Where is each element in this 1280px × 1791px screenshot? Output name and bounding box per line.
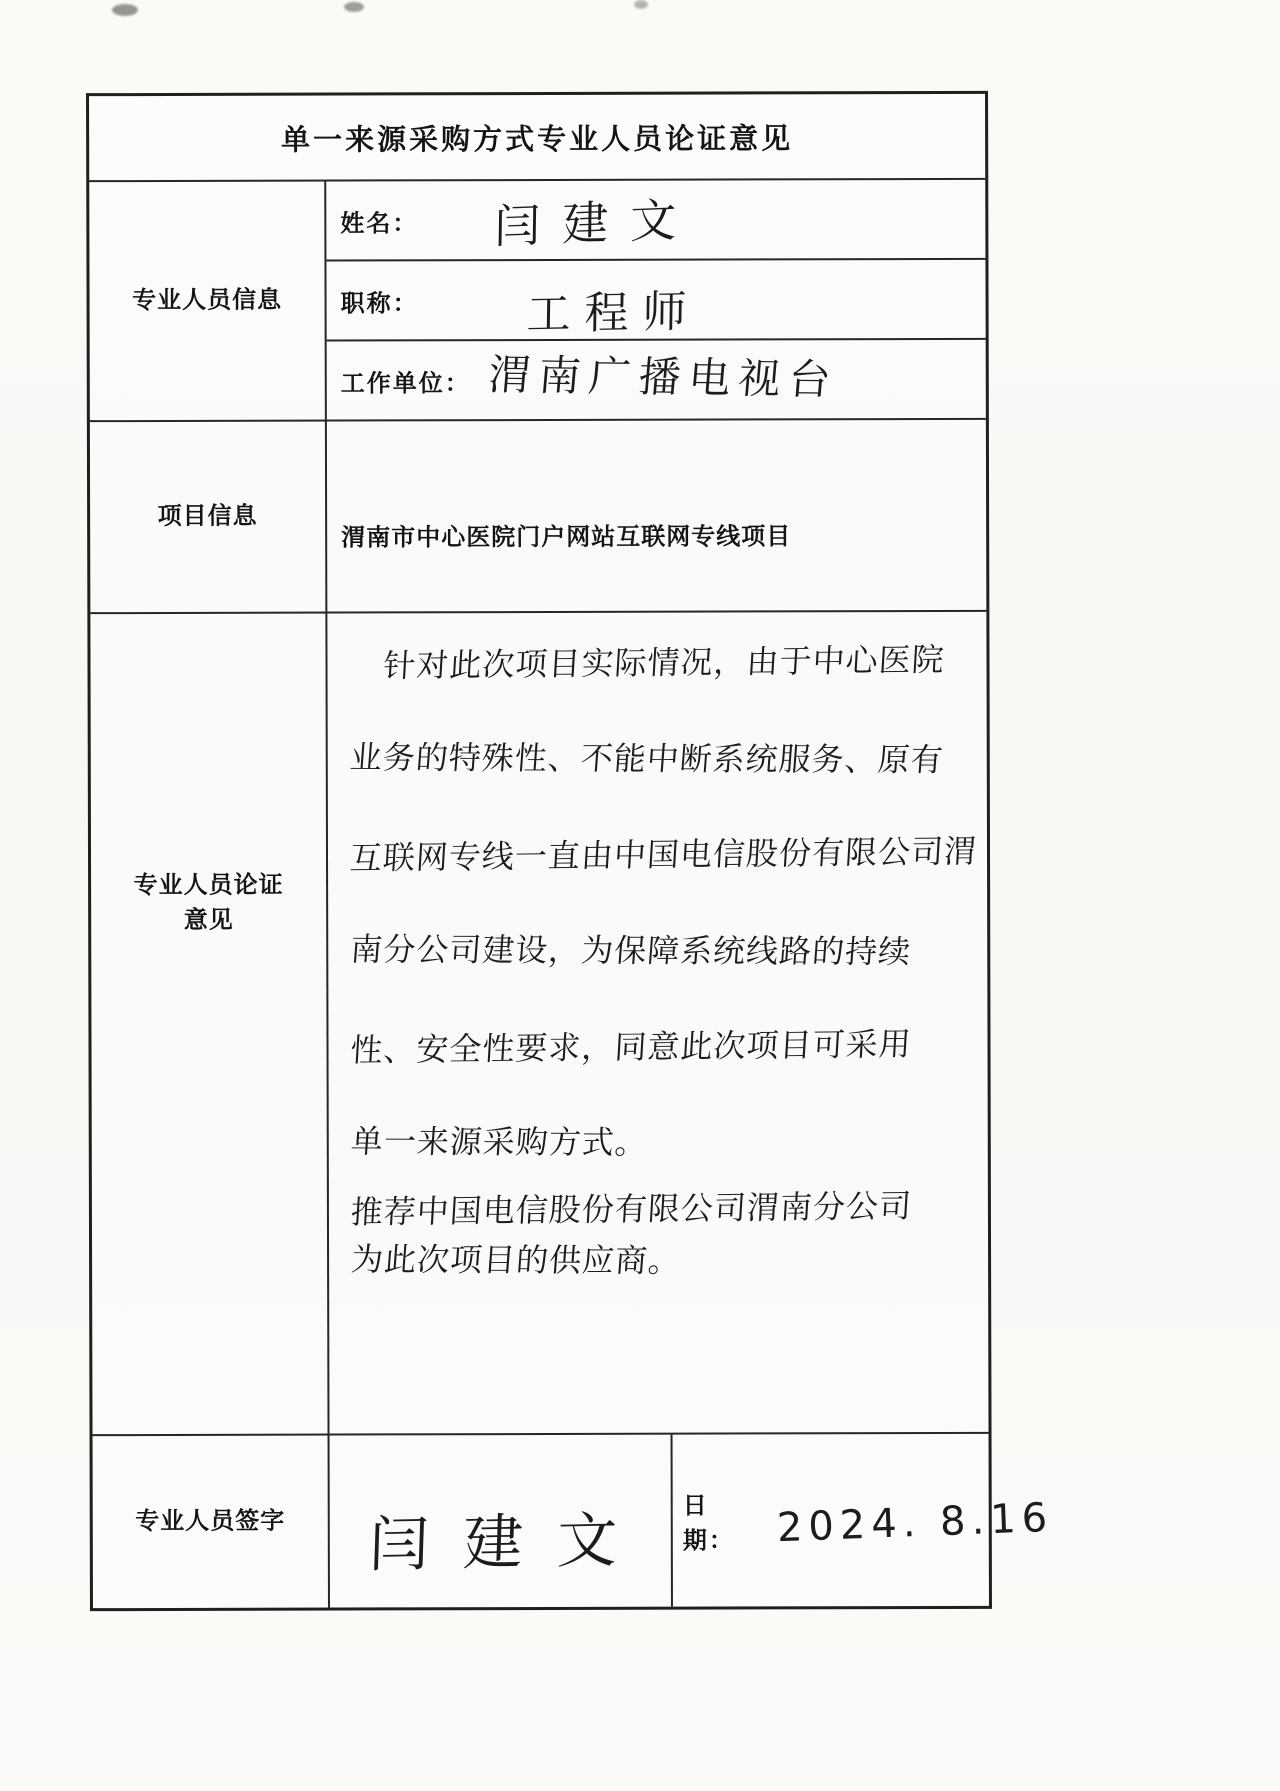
project-info-section-label: 项目信息 xyxy=(158,499,258,534)
project-info-value-cell: 渭南市中心医院门户网站互联网专线项目 xyxy=(327,420,986,612)
scan-artifact xyxy=(344,2,364,12)
opinion-handwritten-text: 针对此次项目实际情况，由于中心医院 业务的特殊性、不能中断系统服务、原有 互联网… xyxy=(327,612,988,1434)
name-handwritten-value: 闫建文 xyxy=(494,183,699,257)
work-unit-field-label: 工作单位： xyxy=(341,363,471,398)
signature-header-cell: 专业人员签字 xyxy=(93,1436,330,1609)
title-handwritten-value: 工程师 xyxy=(526,275,701,343)
project-name-text: 渭南市中心医院门户网站互联网专线项目 xyxy=(341,516,976,553)
signature-cell: 闫建文 xyxy=(330,1435,673,1608)
name-field-label: 姓名： xyxy=(340,203,418,238)
opinion-line: 针对此次项目实际情况，由于中心医院 xyxy=(348,639,982,686)
opinion-section-label: 专业人员论证意见 xyxy=(129,869,289,939)
work-unit-handwritten-value: 渭南广播电视台 xyxy=(486,342,841,407)
person-info-header-cell: 专业人员信息 xyxy=(89,182,327,421)
date-label: 日期： xyxy=(683,1485,735,1555)
work-unit-field-row: 工作单位： 渭南广播电视台 xyxy=(327,340,986,420)
opinion-row: 专业人员论证意见 针对此次项目实际情况，由于中心医院 业务的特殊性、不能中断系统… xyxy=(90,612,988,1436)
project-info-row: 项目信息 渭南市中心医院门户网站互联网专线项目 xyxy=(90,420,986,614)
name-field-row: 姓名： 闫建文 xyxy=(326,180,985,262)
scan-artifact xyxy=(112,4,138,16)
opinion-line: 业务的特殊性、不能中断系统服务、原有 xyxy=(348,737,982,780)
verification-form-table: 单一来源采购方式专业人员论证意见 专业人员信息 姓名： 闫建文 职称： 工程师 … xyxy=(86,91,992,1611)
title-row: 单一来源采购方式专业人员论证意见 xyxy=(89,94,985,182)
scanned-page: 单一来源采购方式专业人员论证意见 专业人员信息 姓名： 闫建文 职称： 工程师 … xyxy=(0,0,1280,1791)
project-info-header-cell: 项目信息 xyxy=(90,422,327,613)
title-field-label: 职称： xyxy=(341,283,419,318)
opinion-line: 性、安全性要求，同意此次项目可采用 xyxy=(349,1023,983,1070)
signature-row: 专业人员签字 闫建文 日期： 2024. 8.16 xyxy=(93,1434,989,1608)
date-cell: 日期： 2024. 8.16 xyxy=(673,1434,1054,1607)
opinion-line: 单一来源采购方式。 xyxy=(349,1121,983,1164)
document-title: 单一来源采购方式专业人员论证意见 xyxy=(281,116,793,158)
person-info-section-label: 专业人员信息 xyxy=(132,283,282,318)
opinion-line: 为此次项目的供应商。 xyxy=(350,1239,984,1282)
scan-artifact xyxy=(634,0,648,9)
opinion-line: 推荐中国电信股份有限公司渭南分公司 xyxy=(350,1185,984,1232)
handwritten-signature: 闫建文 xyxy=(347,1458,653,1584)
opinion-line: 南分公司建设，为保障系统线路的持续 xyxy=(349,929,983,972)
opinion-line: 互联网专线一直由中国电信股份有限公司渭 xyxy=(349,831,983,878)
person-info-fields: 姓名： 闫建文 职称： 工程师 工作单位： 渭南广播电视台 xyxy=(326,180,986,420)
opinion-header-cell: 专业人员论证意见 xyxy=(90,614,329,1435)
title-field-row: 职称： 工程师 xyxy=(326,260,985,342)
person-info-row: 专业人员信息 姓名： 闫建文 职称： 工程师 工作单位： 渭南广播电视台 xyxy=(89,180,986,422)
signature-section-label: 专业人员签字 xyxy=(135,1504,285,1539)
handwritten-date: 2024. 8.16 xyxy=(776,1489,1054,1551)
